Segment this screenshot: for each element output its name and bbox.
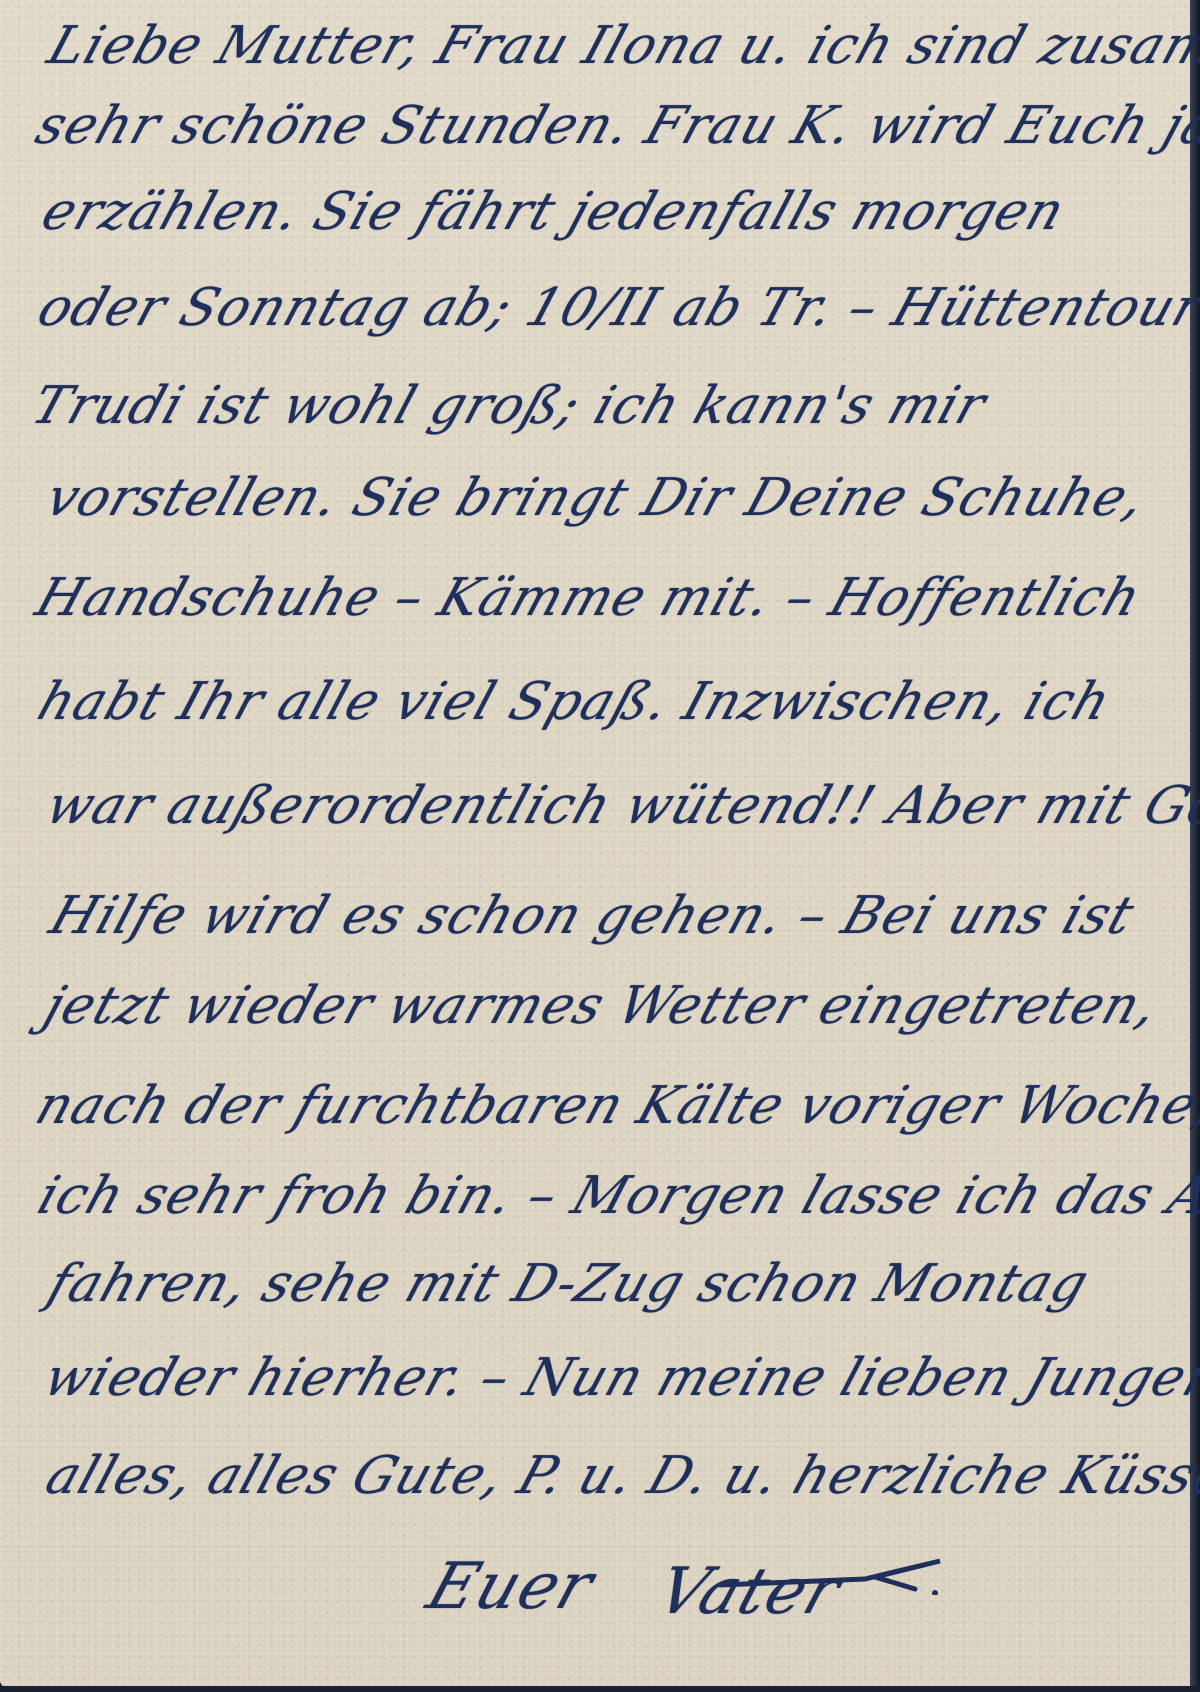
letter-line-10: Hilfe wird es schon gehen. – Bei uns ist <box>44 890 1140 942</box>
letter-line-14: fahren, sehe mit D-Zug schon Montag <box>42 1258 1095 1310</box>
letter-line-9: war außerordentlich wütend!! Aber mit Go… <box>40 780 1200 832</box>
signature-flourish <box>715 1555 950 1595</box>
letter-line-4: oder Sonntag ab; 10/II ab Tr. – Hüttento… <box>32 282 1200 334</box>
postcard-paper <box>0 0 1192 1688</box>
card-bottom-edge <box>0 1686 1200 1692</box>
letter-line-11: jetzt wieder warmes Wetter eingetreten, <box>38 980 1165 1032</box>
letter-line-8: habt Ihr alle viel Spaß. Inzwischen, ich <box>32 676 1117 728</box>
closing-text: Euer <box>420 1555 601 1619</box>
letter-line-5: Trudi ist wohl groß; ich kann's mir <box>26 380 992 432</box>
letter-line-2: sehr schöne Stunden. Frau K. wird Euch j… <box>30 100 1200 152</box>
letter-line-12: nach der furchtbaren Kälte voriger Woche… <box>30 1080 1200 1132</box>
letter-line-3: erzählen. Sie fährt jedenfalls morgen <box>36 186 1071 238</box>
letter-line-7: Handschuhe – Kämme mit. – Hoffentlich <box>30 572 1148 624</box>
letter-line-15: wieder hierher. – Nun meine lieben Junge… <box>38 1352 1200 1404</box>
letter-line-1: Liebe Mutter, Frau Ilona u. ich sind zus… <box>42 20 1200 72</box>
letter-line-16: alles, alles Gute, P. u. D. u. herzliche… <box>40 1450 1200 1502</box>
letter-line-13: ich sehr froh bin. – Morgen lasse ich da… <box>32 1170 1200 1222</box>
card-edge-shadow <box>1190 0 1200 1692</box>
letter-line-6: vorstellen. Sie bringt Dir Deine Schuhe, <box>40 472 1152 524</box>
